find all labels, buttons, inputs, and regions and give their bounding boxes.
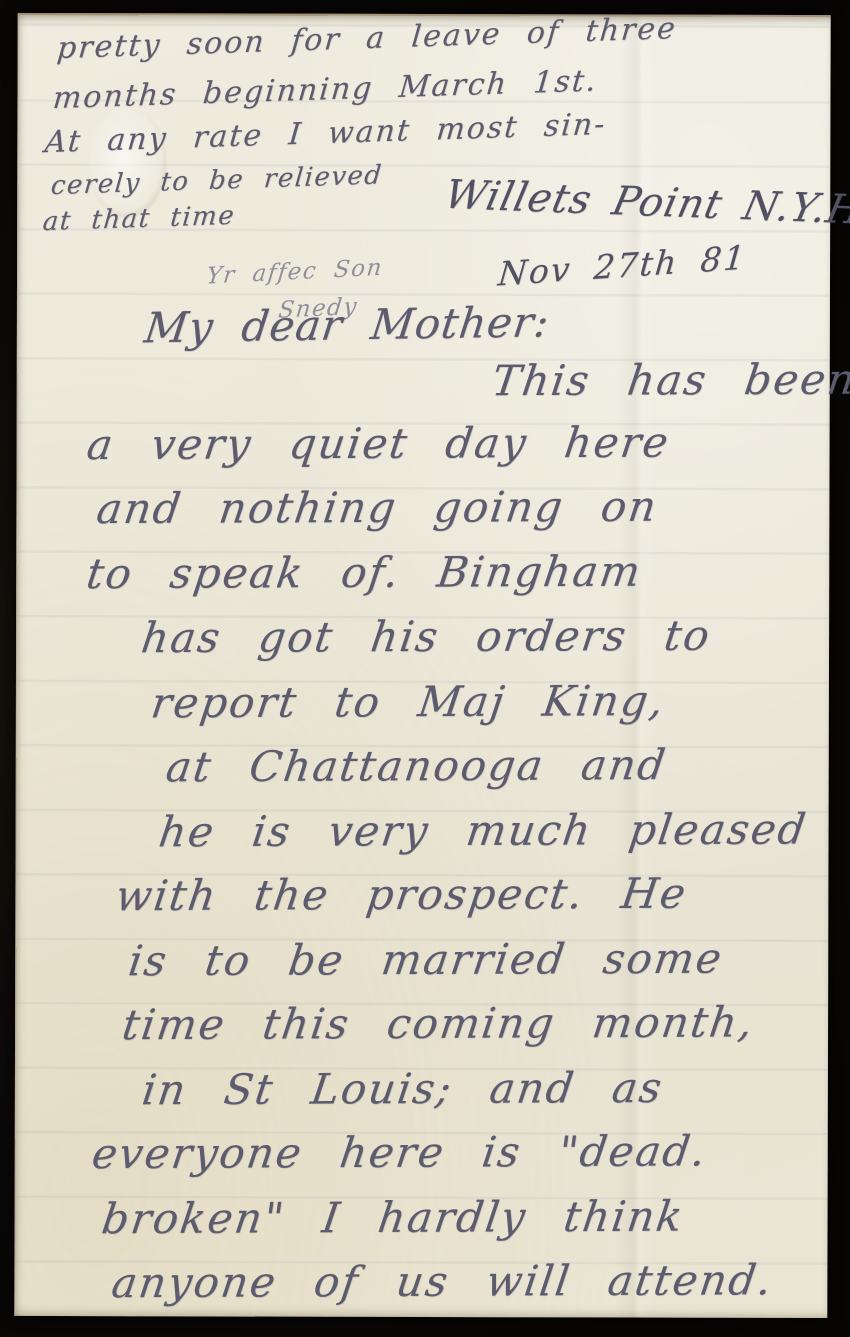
body-line: report to Maj King, — [146, 675, 815, 742]
body-line: everyone here is "dead. — [87, 1126, 814, 1194]
body-line: This has been — [487, 355, 816, 421]
letter-body: This has been a very quiet day here and … — [73, 355, 816, 1324]
body-line: anyone of us will attend. — [107, 1255, 814, 1323]
body-line: a very quiet day here — [82, 416, 816, 484]
body-line: with the prospect. He — [111, 868, 815, 936]
body-line: is to be married some — [124, 933, 815, 1001]
body-line: he is very much pleased — [154, 804, 815, 871]
body-line: to speak of. Bingham — [82, 545, 816, 613]
body-line: at Chattanooga and — [161, 740, 815, 807]
body-line: broken" I hardly think — [97, 1191, 814, 1259]
body-line: time this coming month, — [117, 997, 814, 1065]
letter-page: pretty soon for a leave of three months … — [14, 13, 830, 1318]
salutation: My dear Mother: — [142, 297, 553, 352]
continuation-line: at that time — [41, 201, 236, 237]
body-line: in St Louis; and as — [137, 1062, 814, 1129]
scanned-letter-photo: pretty soon for a leave of three months … — [0, 0, 850, 1337]
body-line: has got his orders to — [136, 610, 815, 677]
body-line: and nothing going on — [92, 481, 816, 549]
